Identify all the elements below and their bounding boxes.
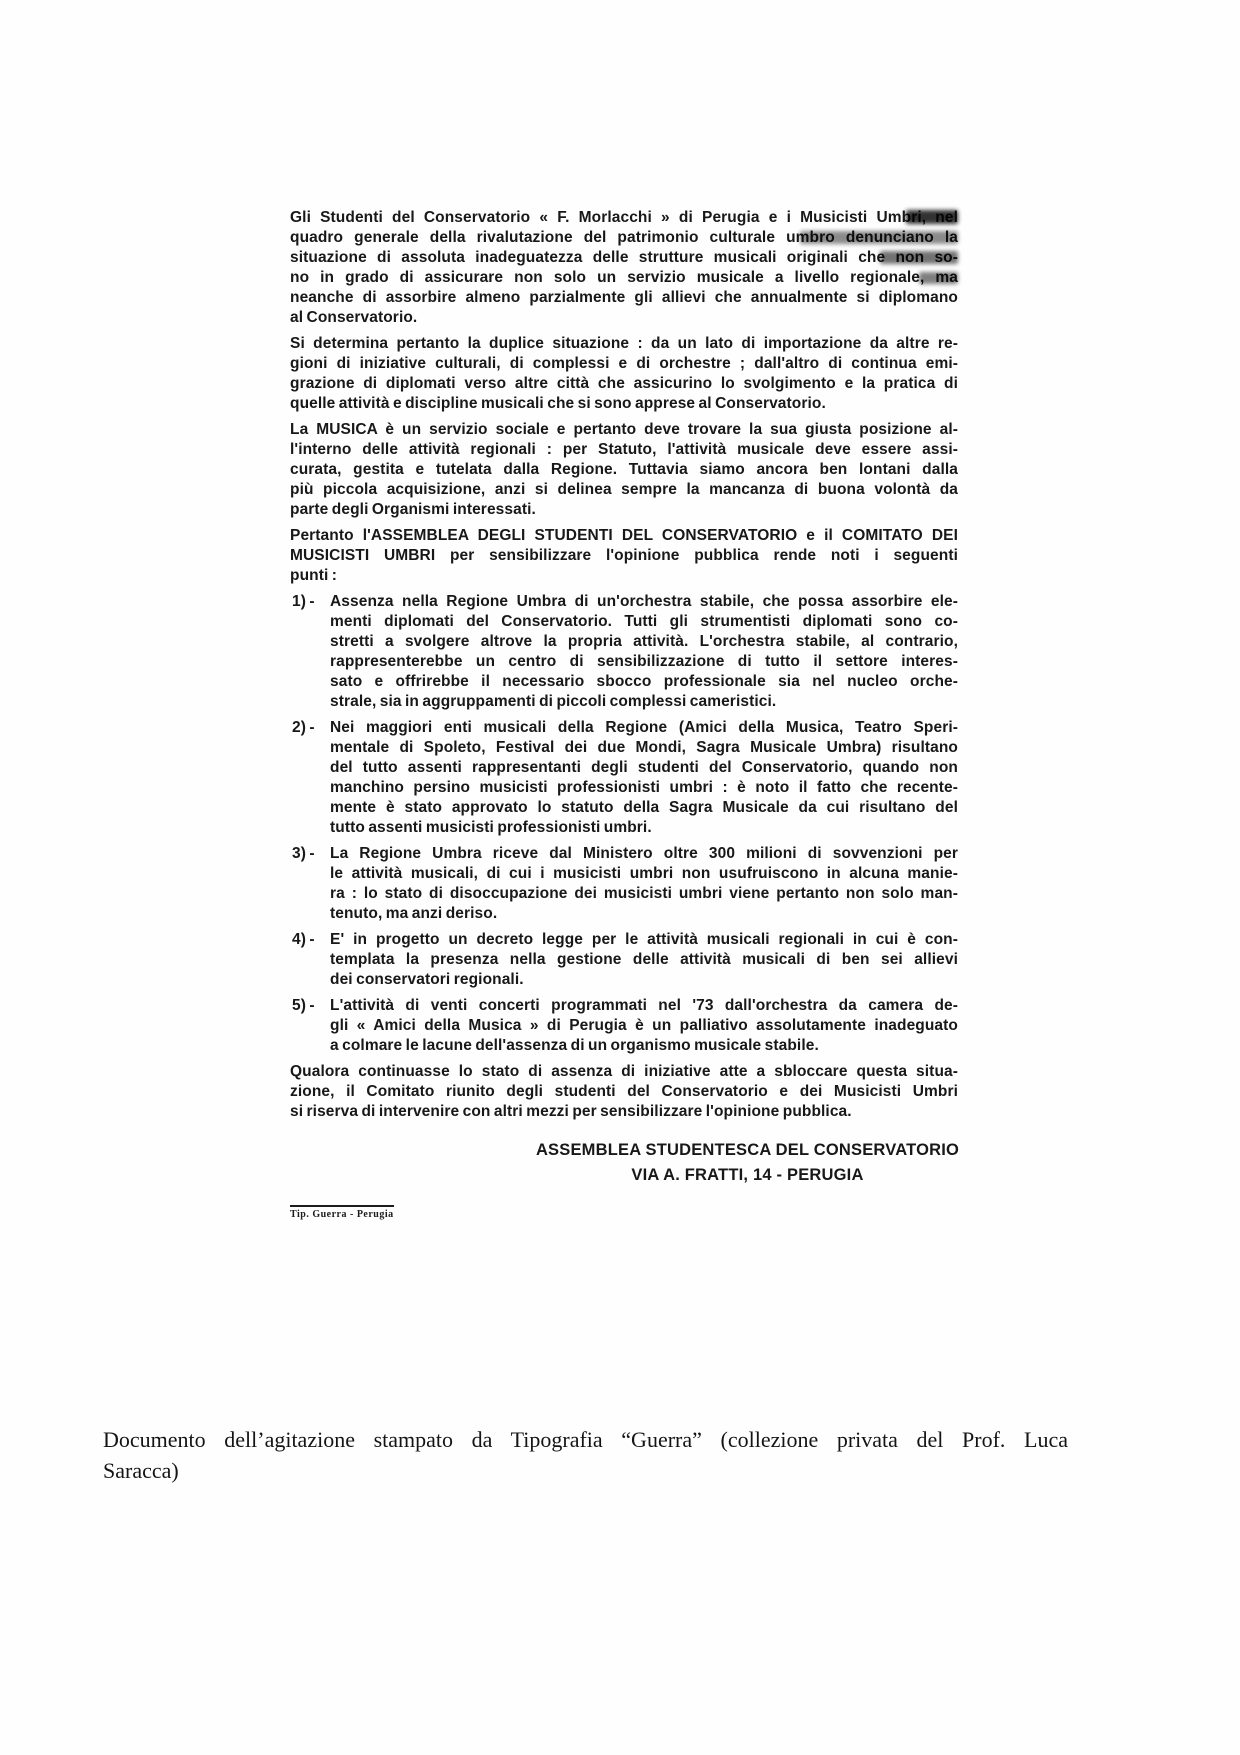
- text-line: menti diplomati del Conservatorio. Tutti…: [330, 612, 958, 632]
- ink-smudge: [800, 231, 958, 244]
- text-line: situazione di assoluta inadeguatezza del…: [290, 248, 958, 268]
- text-line: Qualora continuasse lo stato di assenza …: [290, 1062, 958, 1082]
- text-line: MUSICISTI UMBRI per sensibilizzare l'opi…: [290, 546, 958, 566]
- numbered-point-5: 5) - L'attività di venti concerti progra…: [290, 996, 958, 1056]
- point-number: 2) -: [292, 718, 315, 738]
- point-lines: L'attività di venti concerti programmati…: [330, 996, 958, 1056]
- text-line: curata, gestita e tutelata dalla Regione…: [290, 460, 958, 480]
- numbered-point-1: 1) - Assenza nella Regione Umbra di un'o…: [290, 592, 958, 712]
- text-line: parte degli Organismi interessati.: [290, 500, 958, 520]
- text-line: no in grado di assicurare non solo un se…: [290, 268, 958, 288]
- text-line: gli « Amici della Musica » di Perugia è …: [330, 1016, 958, 1036]
- text-line: Gli Studenti del Conservatorio « F. Morl…: [290, 208, 958, 228]
- text-line: Pertanto l'ASSEMBLEA DEGLI STUDENTI DEL …: [290, 526, 958, 546]
- text-line: si riserva di intervenire con altri mezz…: [290, 1102, 958, 1122]
- ink-smudge: [906, 210, 958, 224]
- text-line: manchino persino musicisti professionist…: [330, 778, 958, 798]
- text-line: Si determina pertanto la duplice situazi…: [290, 334, 958, 354]
- text-line: al Conservatorio.: [290, 308, 958, 328]
- text-line: mente è stato approvato lo statuto della…: [330, 798, 958, 818]
- text-line: L'attività di venti concerti programmati…: [330, 996, 958, 1016]
- text-line: templata la presenza nella gestione dell…: [330, 950, 958, 970]
- text-line: E' in progetto un decreto legge per le a…: [330, 930, 958, 950]
- closing-paragraph: Qualora continuasse lo stato di assenza …: [290, 1062, 958, 1122]
- ink-smudge: [919, 272, 958, 284]
- text-line: rappresenterebbe un centro di sensibiliz…: [330, 652, 958, 672]
- text-line: sato e offrirebbe il necessario sbocco p…: [330, 672, 958, 692]
- point-lines: Nei maggiori enti musicali della Regione…: [330, 718, 958, 838]
- numbered-point-4: 4) - E' in progetto un decreto legge per…: [290, 930, 958, 990]
- text-line: punti :: [290, 566, 958, 586]
- text-line: neanche di assorbire almeno parzialmente…: [290, 288, 958, 308]
- point-lines: Assenza nella Regione Umbra di un'orches…: [330, 592, 958, 712]
- text-line: Saracca): [103, 1455, 1068, 1486]
- text-line: a colmare le lacune dell'assenza di un o…: [330, 1036, 958, 1056]
- text-line: Nei maggiori enti musicali della Regione…: [330, 718, 958, 738]
- text-line: gioni di iniziative culturali, di comple…: [290, 354, 958, 374]
- document-page: Gli Studenti del Conservatorio « F. Morl…: [0, 0, 1240, 1755]
- text-line: l'interno delle attività regionali : per…: [290, 440, 958, 460]
- text-line: tenuto, ma anzi deriso.: [330, 904, 958, 924]
- point-lines: La Regione Umbra riceve dal Ministero ol…: [330, 844, 958, 924]
- ink-smudge: [880, 251, 958, 264]
- text-line: grazione di diplomati verso altre città …: [290, 374, 958, 394]
- paragraph-pertanto: Pertanto l'ASSEMBLEA DEGLI STUDENTI DEL …: [290, 526, 958, 586]
- signature-org-line: ASSEMBLEA STUDENTESCA DEL CONSERVATORIO: [535, 1138, 960, 1163]
- text-line: le attività musicali, di cui i musicisti…: [330, 864, 958, 884]
- text-line: Documento dell’agitazione stampato da Ti…: [103, 1424, 1068, 1455]
- text-line: dei conservatori regionali.: [330, 970, 958, 990]
- point-number: 4) -: [292, 930, 315, 950]
- signature-block: ASSEMBLEA STUDENTESCA DEL CONSERVATORIO …: [535, 1138, 960, 1188]
- text-line: tutto assenti musicisti professionisti u…: [330, 818, 958, 838]
- printer-mark: Tip. Guerra - Perugia: [290, 1205, 394, 1220]
- flyer-text-block: Gli Studenti del Conservatorio « F. Morl…: [290, 208, 958, 1188]
- text-line: ra : lo stato di disoccupazione dei musi…: [330, 884, 958, 904]
- text-line: La Regione Umbra riceve dal Ministero ol…: [330, 844, 958, 864]
- text-line: mentale di Spoleto, Festival dei due Mon…: [330, 738, 958, 758]
- photo-caption: Documento dell’agitazione stampato da Ti…: [103, 1424, 1068, 1486]
- text-line: del tutto assenti rappresentanti degli s…: [330, 758, 958, 778]
- text-line: stretti a svolgere altrove la propria at…: [330, 632, 958, 652]
- text-line: La MUSICA è un servizio sociale e pertan…: [290, 420, 958, 440]
- point-lines: E' in progetto un decreto legge per le a…: [330, 930, 958, 990]
- numbered-point-3: 3) - La Regione Umbra riceve dal Ministe…: [290, 844, 958, 924]
- text-line: quelle attività e discipline musicali ch…: [290, 394, 958, 414]
- paragraph-duplice-situazione: Si determina pertanto la duplice situazi…: [290, 334, 958, 414]
- point-number: 1) -: [292, 592, 315, 612]
- paragraph-intro: Gli Studenti del Conservatorio « F. Morl…: [290, 208, 958, 328]
- signature-address-line: VIA A. FRATTI, 14 - PERUGIA: [535, 1163, 960, 1188]
- text-line: strale, sia in aggruppamenti di piccoli …: [330, 692, 958, 712]
- text-line: Assenza nella Regione Umbra di un'orches…: [330, 592, 958, 612]
- point-number: 5) -: [292, 996, 315, 1016]
- numbered-point-2: 2) - Nei maggiori enti musicali della Re…: [290, 718, 958, 838]
- paragraph-la-musica: La MUSICA è un servizio sociale e pertan…: [290, 420, 958, 520]
- text-line: più piccola acquisizione, anzi si deline…: [290, 480, 958, 500]
- text-line: zione, il Comitato riunito degli student…: [290, 1082, 958, 1102]
- point-number: 3) -: [292, 844, 315, 864]
